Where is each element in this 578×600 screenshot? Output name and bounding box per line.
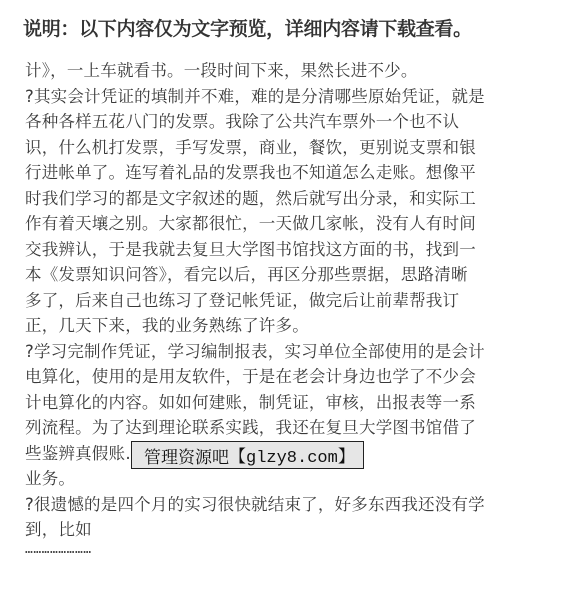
preview-notice: 说明：以下内容仅为文字预览，详细内容请下载查看。 (23, 14, 472, 41)
text-line: 作有着天壤之别。大家都很忙，一天做几家帐，没有人有时间 (25, 211, 565, 237)
text-line: 各种各样五花八门的发票。我除了公共汽车票外一个也不认 (25, 109, 565, 135)
text-line: 业务。 (25, 466, 565, 492)
text-line: 识，什么机打发票，手写发票，商业，餐饮，更别说支票和银 (25, 135, 565, 161)
text-line: 行进帐单了。连写着礼品的发票我也不知道怎么走账。想像平 (25, 160, 565, 186)
watermark-banner: 管理资源吧 【glzy8.com】 (131, 441, 364, 469)
text-line: 正，几天下来，我的业务熟练了许多。 (25, 313, 565, 339)
text-line: 计电算化的内容。如如何建账，制凭证，审核，出报表等一系 (25, 390, 565, 416)
text-line: ?学习完制作凭证，学习编制报表，实习单位全部使用的是会计 (25, 339, 565, 365)
text-line: 多了，后来自己也练习了登记帐凭证，做完后让前辈帮我订 (25, 288, 565, 314)
text-line: 列流程。为了达到理论联系实践，我还在复旦大学图书馆借了 (25, 415, 565, 441)
truncation-ellipsis: …………………… (25, 543, 565, 563)
watermark-label: 管理资源吧 (144, 443, 229, 468)
text-line: 本《发票知识问答》，看完以后，再区分那些票据，思路清晰 (25, 262, 565, 288)
watermark-url: 【glzy8.com】 (229, 442, 355, 468)
text-line: ?其实会计凭证的填制并不难，难的是分清哪些原始凭证，就是 (25, 84, 565, 110)
text-line: 电算化，使用的是用友软件，于是在老会计身边也学了不少会 (25, 364, 565, 390)
text-line: 计》，一上车就看书。一段时间下来，果然长进不少。 (25, 58, 565, 84)
document-preview-text: 计》，一上车就看书。一段时间下来，果然长进不少。 ?其实会计凭证的填制并不难，难… (25, 58, 565, 563)
text-line: 到，比如 (25, 517, 565, 543)
text-line: 时我们学习的都是文字叙述的题，然后就写出分录，和实际工 (25, 186, 565, 212)
text-line: 交我辨认，于是我就去复旦大学图书馆找这方面的书，找到一 (25, 237, 565, 263)
text-line: ?很遗憾的是四个月的实习很快就结束了，好多东西我还没有学 (25, 492, 565, 518)
